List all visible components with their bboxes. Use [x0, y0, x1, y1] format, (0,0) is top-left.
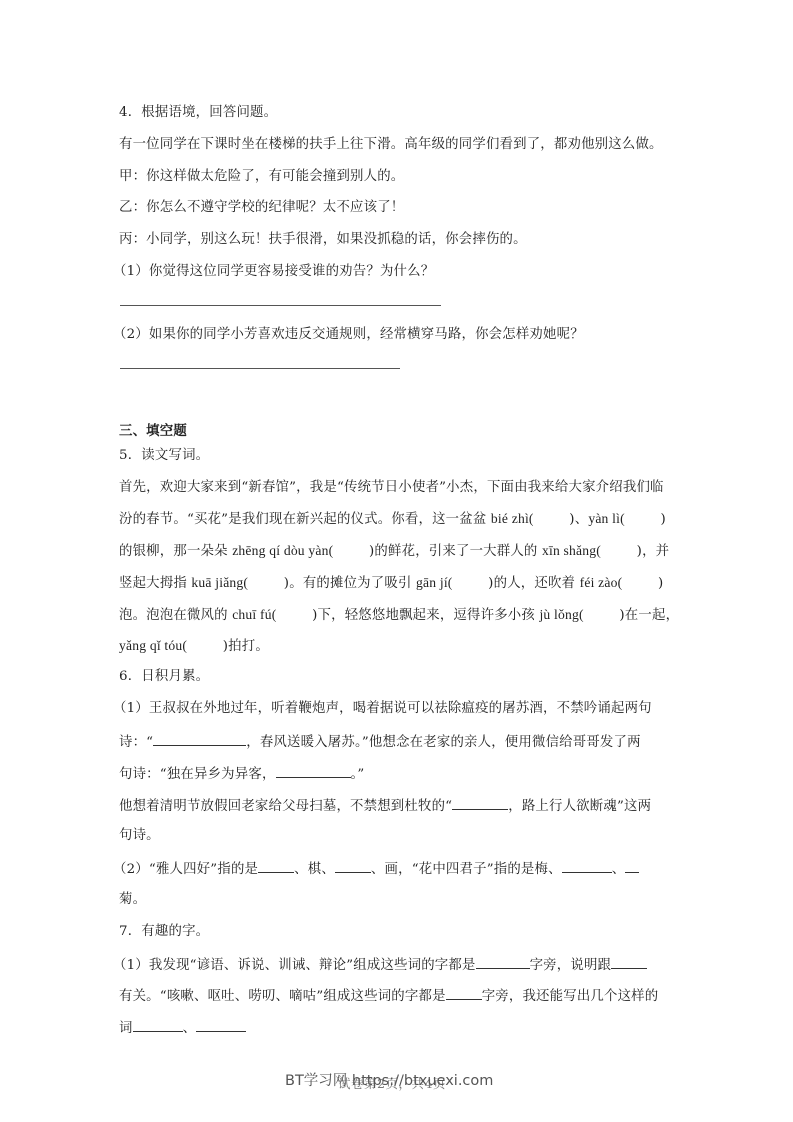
q7-text: 字旁，说明跟: [530, 958, 612, 973]
q6-text: 。”: [351, 767, 365, 782]
q7-line-3: 词、: [119, 1018, 679, 1038]
q5-line-1: 首先，欢迎大家来到“新春馆”，我是“传统节日小使者”小杰，下面由我来给大家介绍我…: [119, 479, 679, 497]
pinyin-xin-shang: xīn shǎng(: [542, 543, 601, 558]
q5-text: 泡。泡泡在微风的: [119, 608, 232, 623]
q5-line-2: 汾的春节。“买花”是我们现在新兴起的仪式。你看，这一盆盆 bié zhì( )、…: [119, 510, 679, 529]
pinyin-ju-long: jù lǒng(: [539, 607, 583, 622]
q7-blank-word-1[interactable]: [133, 1018, 183, 1032]
pinyin-chui-fu: chuī fú(: [232, 607, 276, 622]
q4-speaker-yi: 乙：你怎么不遵守学校的纪律呢？太不应该了！: [119, 199, 679, 217]
q7-blank-word-2[interactable]: [196, 1018, 246, 1032]
watermark: BT学习网 https://btxuexi.com: [285, 1069, 493, 1090]
q5-blank-yang-qi-tou[interactable]: )拍打。: [187, 639, 269, 654]
q7-text: 有关。“咳嗽、呕吐、唠叨、嘀咕”组成这些词的字都是: [119, 989, 446, 1004]
q6-blank-flower-2[interactable]: [625, 859, 639, 873]
q5-line-5: 泡。泡泡在微风的 chuī fú( )下，轻悠悠地飘起来，逗得许多小孩 jù l…: [119, 606, 679, 625]
q6-text: 他想着清明节放假回老家给父母扫墓，不禁想到杜牧的“: [119, 799, 452, 814]
q6-text: ，春风送暖入屠苏。”他想念在老家的亲人，便用微信给哥哥发了两: [246, 735, 640, 750]
pinyin-fei-zao: féi zào(: [580, 575, 623, 590]
q7-line-2: 有关。“咳嗽、呕吐、唠叨、嘀咕”组成这些词的字都是字旁，我还能写出几个这样的: [119, 986, 679, 1006]
pinyin-yan-li: yàn lì(: [588, 511, 625, 526]
q6-p1-line-4: 他想着清明节放假回老家给父母扫墓，不禁想到杜牧的“，路上行人欲断魂”这两: [119, 796, 679, 816]
q5-line-6: yǎng qǐ tóu( )拍打。: [119, 637, 679, 656]
q6-blank-poem-3[interactable]: [452, 796, 508, 810]
q4-subquestion-1: （1）你觉得这位同学更容易接受谁的劝告？为什么？: [113, 263, 673, 281]
q5-text: 的银柳，那一朵朵: [119, 544, 232, 559]
q6-text: （2）“雅人四好”指的是: [113, 862, 258, 877]
q4-title: 4．根据语境，回答问题。: [119, 104, 679, 122]
q4-speaker-bing: 丙：小同学，别这么玩！扶手很滑，如果没抓稳的话，你会摔伤的。: [119, 231, 679, 249]
q4-speaker-jia: 甲：你这样做太危险了，有可能会撞到别人的。: [119, 168, 679, 186]
q6-blank-hobby-2[interactable]: [335, 859, 371, 873]
q5-blank-kua-jiang[interactable]: )。有的摊位为了吸引: [248, 576, 416, 591]
q6-text: 句诗：“独在异乡为异客，: [119, 767, 276, 782]
q6-text: 、画，“花中四君子”指的是梅、: [371, 862, 562, 877]
q5-text: 汾的春节。“买花”是我们现在新兴起的仪式。你看，这一盆盆: [119, 512, 491, 527]
q6-p2-line-1: （2）“雅人四好”指的是、棋、、画，“花中四君子”指的是梅、、: [113, 859, 673, 879]
q5-blank-gan-ji[interactable]: )的人，还吹着: [453, 576, 580, 591]
q6-blank-poem-1[interactable]: [153, 732, 246, 746]
q7-text: 词: [119, 1021, 133, 1036]
q6-text: 、: [612, 862, 626, 877]
q5-blank-chui-fu[interactable]: )下，轻悠悠地飘起来，逗得许多小孩: [276, 608, 539, 623]
q7-text: 字旁，我还能写出几个这样的: [482, 989, 659, 1004]
pinyin-gan-ji: gān jí(: [416, 575, 453, 590]
pinyin-kua-jiang: kuā jiǎng(: [191, 575, 248, 590]
q4-answer-line-1[interactable]: [120, 305, 441, 306]
q7-title: 7．有趣的字。: [119, 923, 679, 941]
pinyin-zheng-qi-dou-yan: zhēng qí dòu yàn(: [232, 543, 333, 558]
q7-blank-radical-2[interactable]: [446, 986, 482, 1000]
q5-blank-yan-li[interactable]: ): [625, 512, 666, 527]
q7-blank-radical-1[interactable]: [476, 955, 530, 969]
pinyin-yang-qi-tou: yǎng qǐ tóu(: [119, 638, 187, 653]
q5-line-4: 竖起大拇指 kuā jiǎng( )。有的摊位为了吸引 gān jí( )的人，…: [119, 574, 679, 593]
q6-p1-line-5: 句诗。: [119, 827, 679, 845]
q7-line-1: （1）我发现“谚语、诉说、训诫、辩论”组成这些词的字都是字旁，说明跟: [113, 955, 673, 975]
q6-text: 、棋、: [294, 862, 335, 877]
q4-answer-line-2[interactable]: [120, 368, 400, 369]
pinyin-bie-zhi: bié zhì(: [491, 511, 534, 526]
q5-title: 5．读文写词。: [119, 447, 679, 465]
q5-blank-ju-long[interactable]: )在一起，: [584, 608, 679, 623]
q6-text: ，路上行人欲断魂”这两: [508, 799, 651, 814]
q7-text: 、: [183, 1021, 197, 1036]
q6-p1-line-1: （1）王叔叔在外地过年，听着鞭炮声，喝着据说可以祛除瘟疫的屠苏酒，不禁吟诵起两句: [113, 700, 673, 718]
q6-p2-line-2: 菊。: [119, 891, 679, 909]
q5-blank-zheng-qi-dou-yan[interactable]: )的鲜花，引来了一大群人的: [333, 544, 542, 559]
q5-text: 竖起大拇指: [119, 576, 191, 591]
q6-p1-line-3: 句诗：“独在异乡为异客，。”: [119, 764, 679, 784]
q6-blank-flower-1[interactable]: [562, 859, 612, 873]
q6-blank-hobby-1[interactable]: [258, 859, 294, 873]
q5-blank-fei-zao[interactable]: ): [622, 576, 663, 591]
exam-page: 4．根据语境，回答问题。 有一位同学在下课时坐在楼梯的扶手上往下滑。高年级的同学…: [0, 0, 793, 1122]
q6-p1-line-2: 诗：“，春风送暖入屠苏。”他想念在老家的亲人，便用微信给哥哥发了两: [119, 732, 679, 752]
q6-title: 6．日积月累。: [119, 668, 679, 686]
q6-blank-poem-2[interactable]: [276, 764, 351, 778]
q7-text: （1）我发现“谚语、诉说、训诫、辩论”组成这些词的字都是: [113, 958, 476, 973]
q4-subquestion-2: （2）如果你的同学小芳喜欢违反交通规则，经常横穿马路，你会怎样劝她呢？: [113, 326, 673, 344]
q4-context: 有一位同学在下课时坐在楼梯的扶手上往下滑。高年级的同学们看到了，都劝他别这么做。: [119, 136, 679, 154]
q5-blank-bie-zhi[interactable]: )、: [534, 512, 589, 527]
q7-blank-related-1[interactable]: [611, 955, 647, 969]
q5-line-3: 的银柳，那一朵朵 zhēng qí dòu yàn( )的鲜花，引来了一大群人的…: [119, 542, 679, 561]
section-heading: 三、填空题: [119, 423, 679, 441]
q6-text: 诗：“: [119, 735, 153, 750]
q5-blank-xin-shang[interactable]: )，并: [601, 544, 669, 559]
